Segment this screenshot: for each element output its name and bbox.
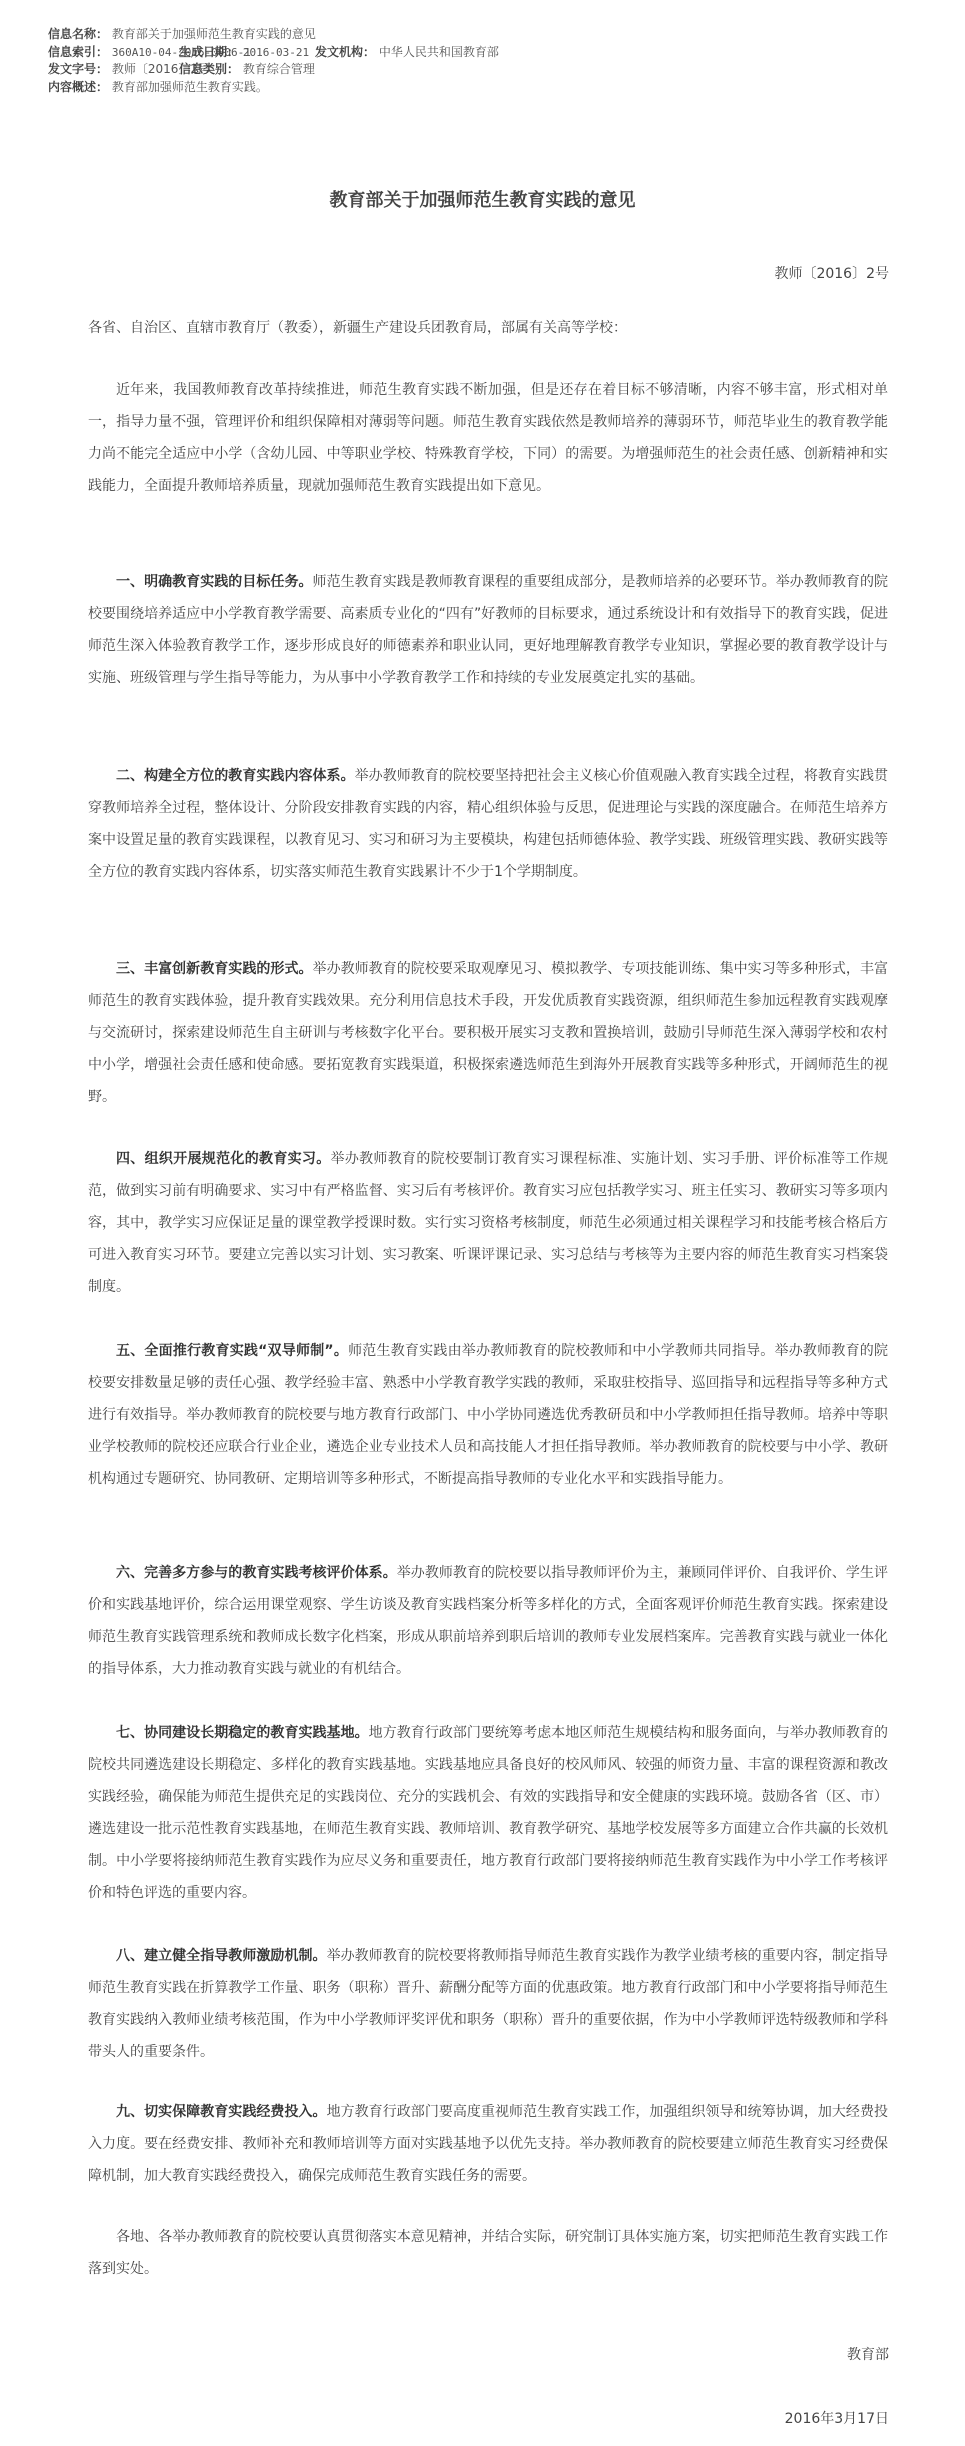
meta-row-docno: 发文字号： 教师〔2016〕2号 信息类别： 教育综合管理	[48, 61, 928, 79]
section-5: 五、全面推行教育实践“双导师制”。师范生教育实践由举办教师教育的院校教师和中小学…	[88, 1335, 888, 1495]
section-3: 三、丰富创新教育实践的形式。举办教师教育的院校要采取观摩见习、模拟教学、专项技能…	[88, 953, 888, 1113]
docno-label: 发文字号：	[48, 61, 108, 79]
info-name-value: 教育部关于加强师范生教育实践的意见	[112, 27, 316, 41]
document-number: 教师〔2016〕2号	[774, 263, 889, 283]
section-text: 举办教师教育的院校要将教师指导师范生教育实践作为教学业绩考核的重要内容，制定指导…	[88, 1948, 888, 2060]
section-text: 举办教师教育的院校要坚持把社会主义核心价值观融入教育实践全过程，将教育实践贯穿教…	[88, 768, 888, 880]
salutation: 各省、自治区、直辖市教育厅（教委），新疆生产建设兵团教育局，部属有关高等学校：	[88, 312, 888, 344]
signature: 教育部	[847, 2344, 889, 2364]
category-value: 教育综合管理	[243, 62, 315, 76]
section-heading: 四、组织开展规范化的教育实习。	[116, 1151, 331, 1167]
section-6: 六、完善多方参与的教育实践考核评价体系。举办教师教育的院校要以指导教师评价为主，…	[88, 1557, 888, 1685]
section-1: 一、明确教育实践的目标任务。师范生教育实践是教师教育课程的重要组成部分，是教师培…	[88, 566, 888, 694]
section-2: 二、构建全方位的教育实践内容体系。举办教师教育的院校要坚持把社会主义核心价值观融…	[88, 760, 888, 888]
category-label: 信息类别：	[179, 61, 239, 79]
intro-text: 近年来，我国教师教育改革持续推进，师范生教育实践不断加强，但是还存在着目标不够清…	[88, 374, 888, 502]
summary-label: 内容概述：	[48, 79, 108, 97]
signature-date: 2016年3月17日	[785, 2408, 889, 2428]
section-4: 四、组织开展规范化的教育实习。举办教师教育的院校要制订教育实习课程标准、实施计划…	[88, 1143, 888, 1303]
issuer-label: 发文机构：	[315, 44, 375, 62]
meta-row-index: 信息索引： 360A10-04-2016-0006-1 生成日期： 2016-0…	[48, 44, 928, 62]
closing-text: 各地、各举办教师教育的院校要认真贯彻落实本意见精神，并结合实际，研究制订具体实施…	[88, 2221, 888, 2285]
section-text: 师范生教育实践由举办教师教育的院校教师和中小学教师共同指导。举办教师教育的院校要…	[88, 1343, 888, 1487]
section-text: 地方教育行政部门要统筹考虑本地区师范生规模结构和服务面向，与举办教师教育的院校共…	[88, 1725, 888, 1901]
section-heading: 六、完善多方参与的教育实践考核评价体系。	[116, 1565, 397, 1581]
section-7: 七、协同建设长期稳定的教育实践基地。地方教育行政部门要统筹考虑本地区师范生规模结…	[88, 1717, 888, 1909]
summary-value: 教育部加强师范生教育实践。	[112, 80, 268, 94]
section-heading: 九、切实保障教育实践经费投入。	[116, 2104, 327, 2120]
index-label: 信息索引：	[48, 44, 108, 62]
section-heading: 三、丰富创新教育实践的形式。	[116, 961, 313, 977]
section-9: 九、切实保障教育实践经费投入。地方教育行政部门要高度重视师范生教育实践工作，加强…	[88, 2096, 888, 2192]
section-heading: 二、构建全方位的教育实践内容体系。	[116, 768, 355, 784]
section-heading: 五、全面推行教育实践“双导师制”。	[116, 1343, 348, 1359]
meta-row-info-name: 信息名称： 教育部关于加强师范生教育实践的意见	[48, 26, 928, 44]
closing-paragraph: 各地、各举办教师教育的院校要认真贯彻落实本意见精神，并结合实际，研究制订具体实施…	[88, 2221, 888, 2285]
date-value: 2016-03-21	[243, 46, 309, 59]
section-heading: 八、建立健全指导教师激励机制。	[116, 1948, 327, 1964]
issuer-value: 中华人民共和国教育部	[379, 45, 499, 59]
meta-row-summary: 内容概述： 教育部加强师范生教育实践。	[48, 79, 928, 97]
info-name-label: 信息名称：	[48, 26, 108, 44]
date-label: 生成日期：	[179, 44, 239, 62]
section-text: 举办教师教育的院校要以指导教师评价为主，兼顾同伴评价、自我评价、学生评价和实践基…	[88, 1565, 888, 1677]
document-title: 教育部关于加强师范生教育实践的意见	[0, 186, 965, 212]
section-text: 举办教师教育的院校要制订教育实习课程标准、实施计划、实习手册、评价标准等工作规范…	[88, 1151, 888, 1295]
section-heading: 一、明确教育实践的目标任务。	[116, 574, 313, 590]
section-text: 举办教师教育的院校要采取观摩见习、模拟教学、专项技能训练、集中实习等多种形式，丰…	[88, 961, 888, 1105]
document-metadata: 信息名称： 教育部关于加强师范生教育实践的意见 信息索引： 360A10-04-…	[48, 26, 928, 96]
section-heading: 七、协同建设长期稳定的教育实践基地。	[116, 1725, 369, 1741]
section-8: 八、建立健全指导教师激励机制。举办教师教育的院校要将教师指导师范生教育实践作为教…	[88, 1940, 888, 2068]
intro-paragraph: 近年来，我国教师教育改革持续推进，师范生教育实践不断加强，但是还存在着目标不够清…	[88, 374, 888, 502]
section-text: 师范生教育实践是教师教育课程的重要组成部分，是教师培养的必要环节。举办教师教育的…	[88, 574, 888, 686]
